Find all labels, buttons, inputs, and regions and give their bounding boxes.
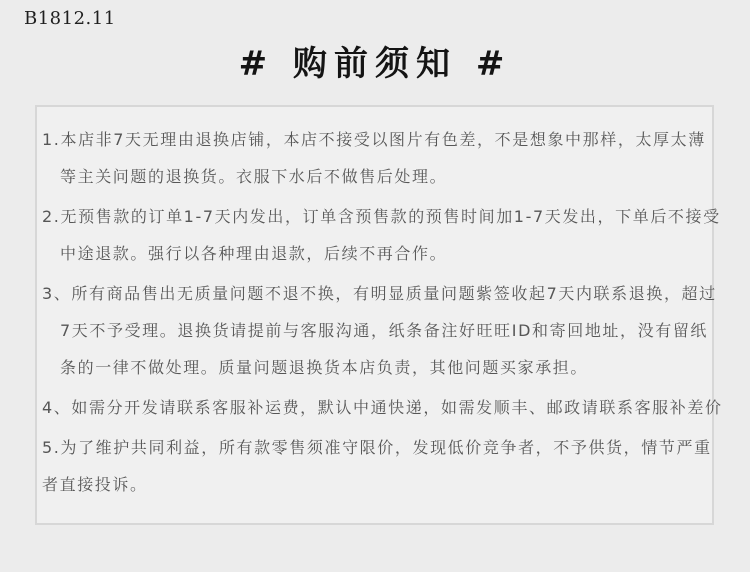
notice-line: 者直接投诉。	[42, 466, 708, 503]
notice-line: 3、所有商品售出无质量问题不退不换，有明显质量问题紫签收起7天内联系退换，超过	[42, 275, 708, 312]
notice-item-5: 5.为了维护共同利益，所有款零售须准守限价，发现低价竞争者，不予供货，情节严重 …	[42, 429, 708, 503]
notice-item-1: 1.本店非7天无理由退换店铺，本店不接受以图片有色差，不是想象中那样，太厚太薄 …	[42, 121, 708, 195]
notice-line: 7天不予受理。退换货请提前与客服沟通，纸条备注好旺旺ID和寄回地址，没有留纸	[42, 312, 708, 349]
notice-line: 5.为了维护共同利益，所有款零售须准守限价，发现低价竞争者，不予供货，情节严重	[42, 429, 708, 466]
notice-item-3: 3、所有商品售出无质量问题不退不换，有明显质量问题紫签收起7天内联系退换，超过 …	[42, 275, 708, 386]
notice-item-4: 4、如需分开发请联系客服补运费，默认中通快递，如需发顺丰、邮政请联系客服补差价	[42, 389, 708, 426]
page-title: # 购前须知 #	[0, 36, 750, 85]
notice-line: 等主关问题的退换货。衣服下水后不做售后处理。	[42, 158, 708, 195]
notice-line: 中途退款。强行以各种理由退款，后续不再合作。	[42, 235, 708, 272]
page: B1812.11 # 购前须知 # 1.本店非7天无理由退换店铺，本店不接受以图…	[0, 0, 750, 572]
notice-line: 1.本店非7天无理由退换店铺，本店不接受以图片有色差，不是想象中那样，太厚太薄	[42, 121, 708, 158]
notice-line: 4、如需分开发请联系客服补运费，默认中通快递，如需发顺丰、邮政请联系客服补差价	[42, 389, 708, 426]
notice-line: 条的一律不做处理。质量问题退换货本店负责，其他问题买家承担。	[42, 349, 708, 386]
sku-code: B1812.11	[24, 8, 116, 29]
notice-box: 1.本店非7天无理由退换店铺，本店不接受以图片有色差，不是想象中那样，太厚太薄 …	[35, 105, 714, 525]
notice-line: 2.无预售款的订单1-7天内发出，订单含预售款的预售时间加1-7天发出，下单后不…	[42, 198, 708, 235]
notice-item-2: 2.无预售款的订单1-7天内发出，订单含预售款的预售时间加1-7天发出，下单后不…	[42, 198, 708, 272]
